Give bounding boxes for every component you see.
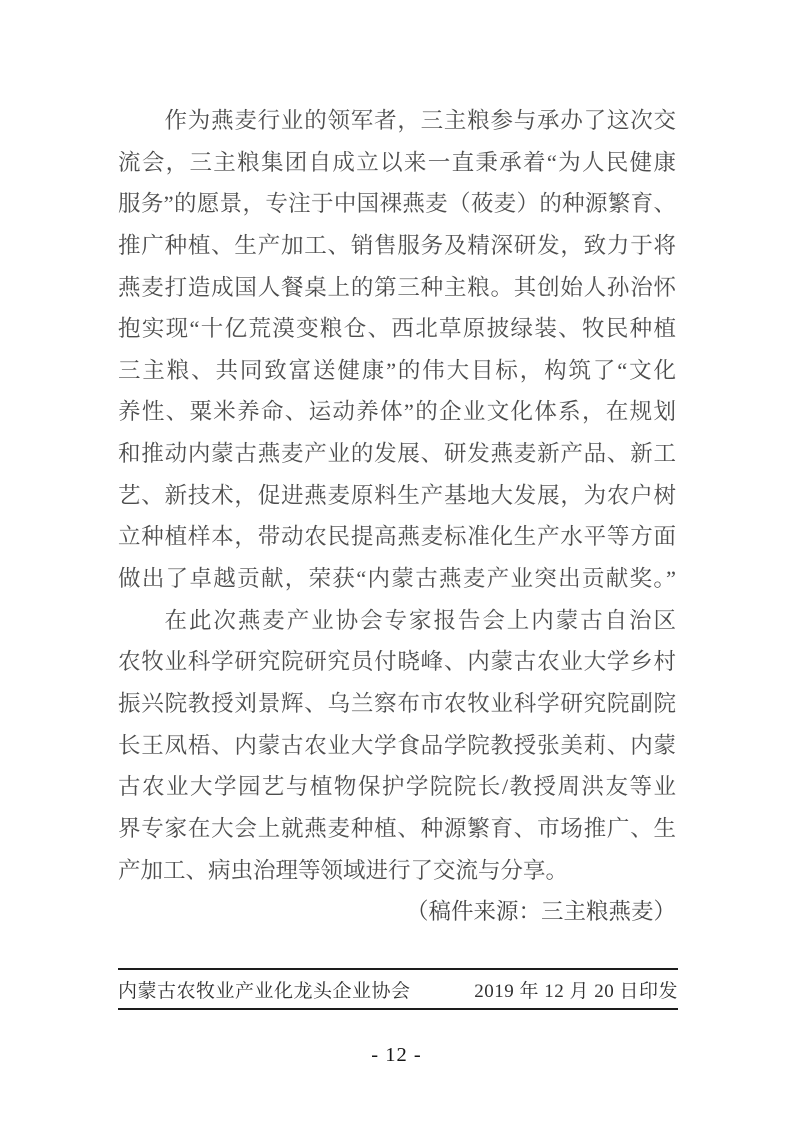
body-text-line: 流会，三主粮集团自成立以来一直秉承着“为人民健康 [118,142,676,184]
body-text-line: 农牧业科学研究院研究员付晓峰、内蒙古农业大学乡村 [118,641,676,683]
colophon-bar: 内蒙古农牧业产业化龙头企业协会 2019 年 12 月 20 日印发 [118,968,678,1010]
body-text-line: 界专家在大会上就燕麦种植、种源繁育、市场推广、生 [118,808,676,850]
body-text-line: 艺、新技术，促进燕麦原料生产基地大发展，为农户树 [118,475,676,517]
document-body: 作为燕麦行业的领军者，三主粮参与承办了这次交 流会，三主粮集团自成立以来一直秉承… [118,100,676,933]
body-text-line: 产加工、病虫治理等领域进行了交流与分享。 [118,850,676,892]
body-text-line: 和推动内蒙古燕麦产业的发展、研发燕麦新产品、新工 [118,433,676,475]
body-text-line: 振兴院教授刘景辉、乌兰察布市农牧业科学研究院副院 [118,683,676,725]
page-number: - 12 - [0,1040,793,1070]
body-text-line: 在此次燕麦产业协会专家报告会上内蒙古自治区 [118,600,676,642]
body-text-line: 长王凤梧、内蒙古农业大学食品学院教授张美莉、内蒙 [118,725,676,767]
document-page: 作为燕麦行业的领军者，三主粮参与承办了这次交 流会，三主粮集团自成立以来一直秉承… [0,0,793,1122]
attribution-line: （稿件来源：三主粮燕麦） [118,891,676,933]
body-text-line: 立种植样本，带动农民提高燕麦标准化生产水平等方面 [118,516,676,558]
body-text-line: 服务”的愿景，专注于中国裸燕麦（莜麦）的种源繁育、 [118,183,676,225]
body-text-line: 作为燕麦行业的领军者，三主粮参与承办了这次交 [118,100,676,142]
body-text-line: 古农业大学园艺与植物保护学院院长/教授周洪友等业 [118,766,676,808]
body-text-line: 三主粮、共同致富送健康”的伟大目标，构筑了“文化 [118,350,676,392]
body-text-line: 抱实现“十亿荒漠变粮仓、西北草原披绿装、牧民种植 [118,308,676,350]
issuer-name: 内蒙古农牧业产业化龙头企业协会 [118,976,411,1003]
body-text-line: 养性、粟米养命、运动养体”的企业文化体系，在规划 [118,391,676,433]
body-text-line: 燕麦打造成国人餐桌上的第三种主粮。其创始人孙治怀 [118,267,676,309]
body-text-line: 做出了卓越贡献，荣获“内蒙古燕麦产业突出贡献奖。” [118,558,676,600]
body-text-line: 推广种植、生产加工、销售服务及精深研发，致力于将 [118,225,676,267]
print-date: 2019 年 12 月 20 日印发 [474,976,678,1003]
